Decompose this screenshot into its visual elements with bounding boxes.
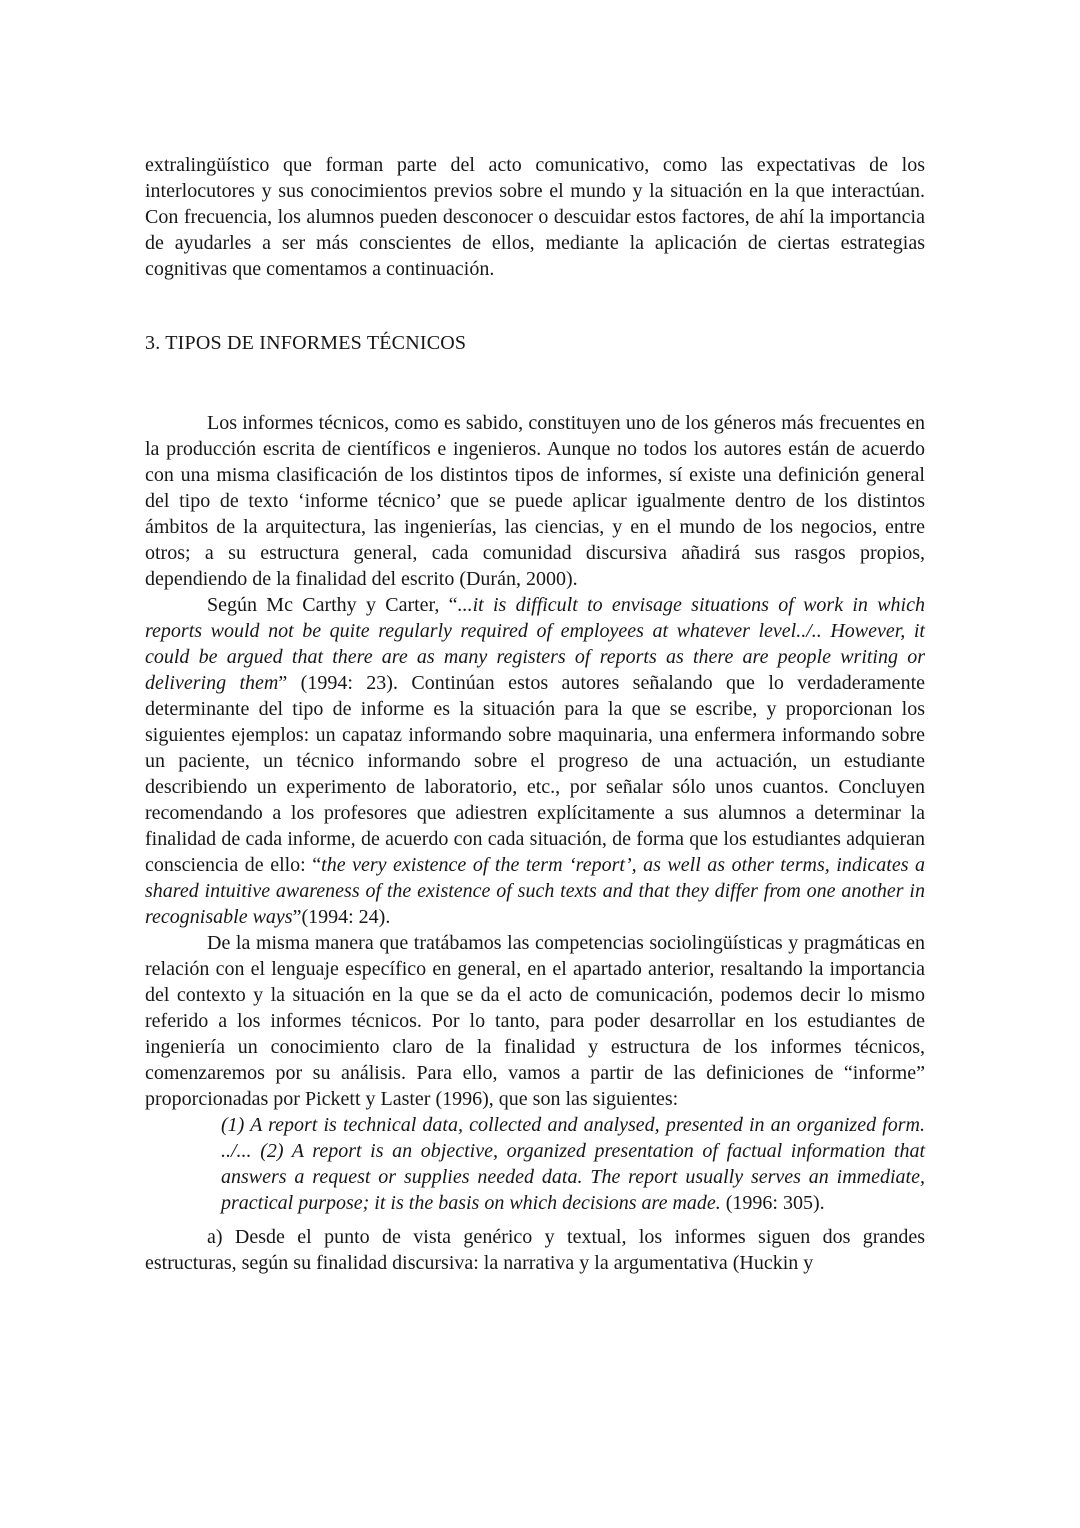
text-run: ” (1994: 23). Continúan estos autores se… — [145, 672, 925, 876]
section-heading: 3. TIPOS DE INFORMES TÉCNICOS — [145, 330, 925, 356]
text-run: Según Mc Carthy y Carter, “ — [207, 594, 458, 616]
paragraph: Según Mc Carthy y Carter, “...it is diff… — [145, 592, 925, 930]
paragraph: extralingüístico que forman parte del ac… — [145, 152, 925, 282]
paragraph: a) Desde el punto de vista genérico y te… — [145, 1224, 925, 1276]
text-run: ”(1994: 24). — [293, 906, 391, 928]
paragraph: Los informes técnicos, como es sabido, c… — [145, 410, 925, 592]
text-run: (1996: 305). — [721, 1192, 825, 1214]
text-run: extralingüístico que forman parte del ac… — [145, 154, 925, 280]
block-quotation: (1) A report is technical data, collecte… — [221, 1112, 925, 1216]
text-run: a) Desde el punto de vista genérico y te… — [145, 1226, 925, 1274]
document-page: extralingüístico que forman parte del ac… — [0, 0, 1080, 1528]
text-run: De la misma manera que tratábamos las co… — [145, 932, 925, 1110]
text-run: Los informes técnicos, como es sabido, c… — [145, 412, 925, 590]
page-content: extralingüístico que forman parte del ac… — [145, 152, 925, 1276]
paragraph: De la misma manera que tratábamos las co… — [145, 930, 925, 1112]
